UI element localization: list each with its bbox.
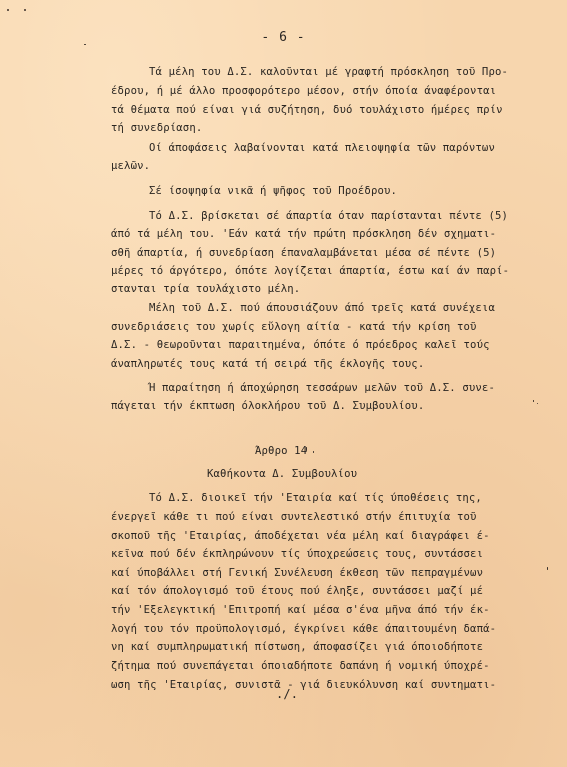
paragraph-line: πάγεται τήν έκπτωση όλοκλήρου τοῦ Δ. Συμ… bbox=[111, 400, 424, 413]
article-subheading: Καθήκοντα Δ. Συμβουλίου bbox=[207, 468, 357, 481]
paper-speck bbox=[537, 403, 538, 404]
paragraph-line: άναπληρωτές τους κατά τή σειρά τῆς έκλογ… bbox=[111, 358, 424, 371]
paragraph-line: τά θέματα πού είναι γιά συζήτηση, δυό το… bbox=[111, 104, 503, 117]
article-line: καί ύποβάλλει στή Γενική Συνέλευση έκθεσ… bbox=[111, 567, 483, 580]
article-line: ένεργεῖ κάθε τι πού είναι συντελεστικό σ… bbox=[111, 511, 477, 524]
paper-speck bbox=[547, 567, 548, 570]
paper-speck bbox=[7, 9, 9, 11]
article-line: Τό Δ.Σ. διοικεῖ τήν 'Εταιρία καί τίς ύπο… bbox=[149, 492, 482, 505]
paragraph-line: έδρου, ή μέ άλλο προσφορότερο μέσον, στή… bbox=[111, 85, 496, 98]
paragraph-line: μελῶν. bbox=[111, 160, 150, 173]
article-line: νη καί συμπληρωματική πίστωση, άποφασίζε… bbox=[111, 641, 483, 654]
article-line: σκοποῦ τῆς 'Εταιρίας, άποδέχεται νέα μέλ… bbox=[111, 530, 490, 543]
paper-speck bbox=[24, 9, 26, 11]
paragraph-line: συνεδριάσεις του χωρίς εὔλογη αίτία - κα… bbox=[111, 321, 477, 334]
paragraph-line: τή συνεδρίαση. bbox=[111, 122, 202, 135]
paragraph-line: άπό τά μέλη του. 'Εάν κατά τήν πρώτη πρό… bbox=[111, 228, 496, 241]
continuation-mark: ./. bbox=[276, 688, 298, 701]
article-line: λογή του τόν προϋπολογισμό, έγκρίνει κάθ… bbox=[111, 623, 496, 636]
document-page: - 6 - Τά μέλη του Δ.Σ. καλοῦνται μέ γραφ… bbox=[0, 0, 567, 767]
paper-speck bbox=[533, 400, 534, 402]
paragraph-line: Τά μέλη του Δ.Σ. καλοῦνται μέ γραφτή πρό… bbox=[149, 66, 508, 79]
paper-speck bbox=[84, 44, 86, 45]
article-line: καί τόν άπολογισμό τοῦ έτους πού έληξε, … bbox=[111, 585, 483, 598]
paragraph-line: Σέ ίσοψηφία νικᾶ ή ψῆφος τοῦ Προέδρου. bbox=[149, 185, 397, 198]
paragraph-line: Δ.Σ. - θεωροῦνται παραιτημένα, όπότε ό π… bbox=[111, 339, 490, 352]
paragraph-line: Ή παραίτηση ή άποχώρηση τεσσάρων μελῶν τ… bbox=[149, 382, 495, 395]
article-line: κεῖνα πού δέν έκπληρώνουν τίς ύποχρεώσει… bbox=[111, 548, 483, 561]
paragraph-line: μέρες τό άργότερο, όπότε λογίζεται άπαρτ… bbox=[111, 265, 509, 278]
article-line: ζήτημα πού συνεπάγεται όποιαδήποτε δαπάν… bbox=[111, 660, 490, 673]
paragraph-line: Μέλη τοῦ Δ.Σ. πού άπουσιάζουν άπό τρεῖς … bbox=[149, 302, 495, 315]
page-number: - 6 - bbox=[0, 30, 567, 45]
paper-speck bbox=[313, 451, 314, 453]
paragraph-line: Τό Δ.Σ. βρίσκεται σέ άπαρτία όταν παρίστ… bbox=[149, 210, 508, 223]
paragraph-line: Οί άποφάσεις λαβαίνονται κατά πλειοψηφία… bbox=[149, 142, 495, 155]
paragraph-line: στανται τρία τουλάχιστο μέλη. bbox=[111, 283, 300, 296]
article-line: τήν 'Εξελεγκτική 'Επιτροπή καί μέσα σ'έν… bbox=[111, 604, 490, 617]
article-heading: Άρθρο 14 bbox=[255, 445, 307, 458]
paragraph-line: σθῆ άπαρτία, ή συνεδρίαση έπαναλαμβάνετα… bbox=[111, 247, 496, 260]
paper-speck bbox=[306, 447, 307, 451]
article-line: ωση τῆς 'Εταιρίας, συνιστᾶ - γιά διευκόλ… bbox=[111, 679, 496, 692]
